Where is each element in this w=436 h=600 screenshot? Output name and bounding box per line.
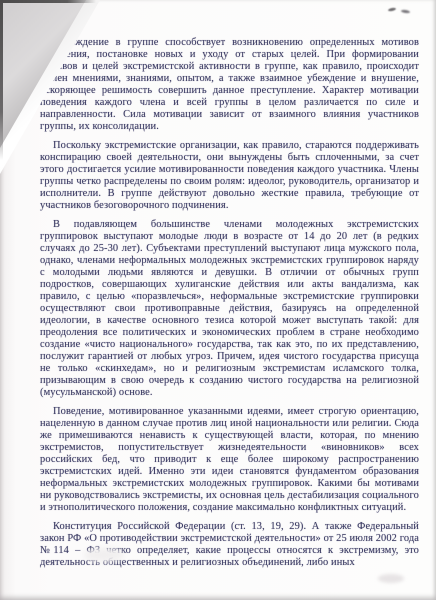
paper-smudge xyxy=(84,548,124,562)
ink-smudge xyxy=(388,7,396,12)
paragraph-3: В подавляющем большинстве членами молоде… xyxy=(40,219,419,400)
paper-smudge xyxy=(378,574,404,583)
paragraph-4: Поведение, мотивированное указанными иде… xyxy=(40,406,419,514)
scanner-edge-left xyxy=(0,0,3,160)
scanner-edge-top xyxy=(0,0,96,3)
document-text: Нахождение в группе способствует возникн… xyxy=(40,37,419,575)
paragraph-2: Поскольку экстремистские организации, ка… xyxy=(40,140,419,212)
paragraph-1: Нахождение в группе способствует возникн… xyxy=(40,37,419,133)
scanned-document-page: Нахождение в группе способствует возникн… xyxy=(0,0,436,600)
paragraph-5: Конституция Российской Федерации (ст. 13… xyxy=(40,521,419,569)
ink-smudge xyxy=(401,9,410,13)
